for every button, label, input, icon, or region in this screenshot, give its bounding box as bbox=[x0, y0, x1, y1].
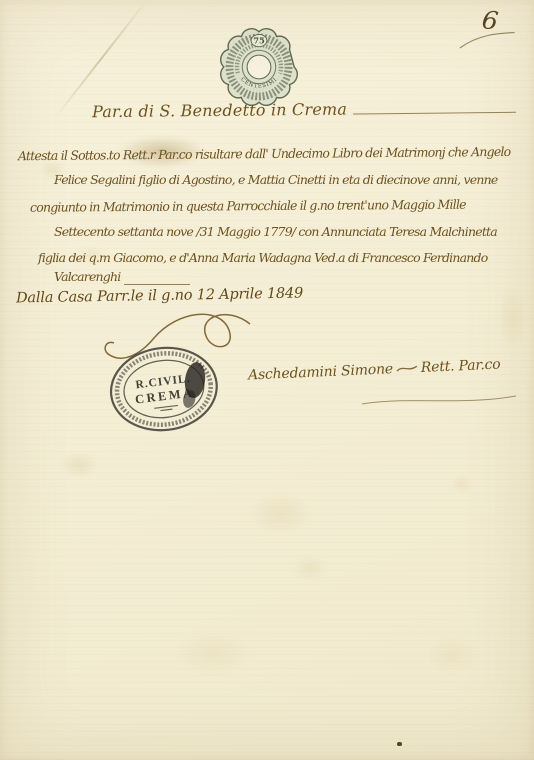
paper-stain bbox=[498, 286, 528, 350]
parish-header-text: Par.a di S. Benedetto in Crema bbox=[92, 100, 347, 122]
paper-speck bbox=[397, 742, 402, 746]
body-line: Felice Segalini figlio di Agostino, e Ma… bbox=[54, 167, 524, 193]
signature-title: Rett. Par.co bbox=[421, 357, 501, 376]
document-page: 6 75 CENTESIMI Par.a di S. Benedetto in … bbox=[0, 0, 534, 760]
signature-join-flourish bbox=[395, 361, 420, 376]
paper-stain bbox=[294, 556, 326, 580]
civic-seal: R.CIVIL. CREMA bbox=[101, 337, 227, 442]
line-rule bbox=[124, 284, 190, 285]
page-number: 6 bbox=[460, 2, 519, 39]
body-line-text: Valcarenghi bbox=[54, 264, 120, 290]
paper-stain bbox=[452, 476, 472, 492]
body-line: congiunto in Matrimonio in questa Parroc… bbox=[30, 191, 524, 220]
paper-stain bbox=[248, 492, 312, 534]
page-number-flourish bbox=[455, 22, 519, 60]
revenue-stamp-icon: 75 CENTESIMI bbox=[212, 23, 306, 111]
stamp-value-text: 75 bbox=[253, 36, 265, 46]
paper-stain bbox=[426, 636, 478, 674]
rector-signature: Aschedamini Simone Rett. Par.co bbox=[248, 357, 501, 384]
paper-stain bbox=[176, 632, 250, 674]
signature-underline-flourish bbox=[360, 392, 520, 408]
paper-stain bbox=[60, 452, 98, 478]
parish-header: Par.a di S. Benedetto in Crema bbox=[92, 98, 518, 121]
body-line: Settecento settanta nove /31 Maggio 1779… bbox=[54, 219, 524, 245]
header-rule bbox=[353, 112, 516, 115]
body-line: Attesta il Sottos.to Rett.r Par.co risul… bbox=[18, 139, 524, 169]
act-body: Attesta il Sottos.to Rett.r Par.co risul… bbox=[18, 141, 524, 290]
